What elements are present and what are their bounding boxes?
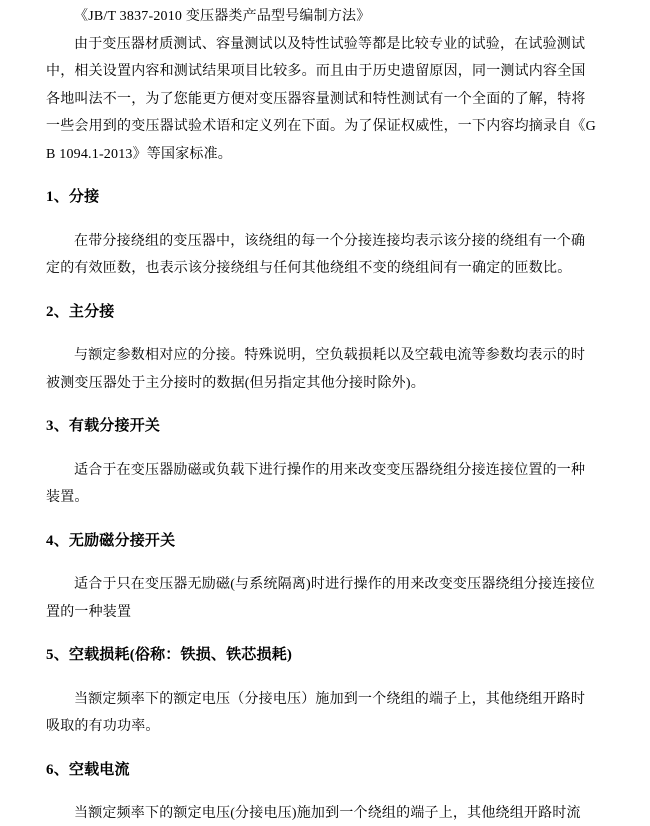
section-heading: 3、有载分接开关	[46, 413, 598, 441]
section-4: 4、无励磁分接开关 适合于只在变压器无励磁(与系统隔离)时进行操作的用来改变变压…	[46, 528, 598, 627]
section-body: 适合于只在变压器无励磁(与系统隔离)时进行操作的用来改变变压器绕组分接连接位置的…	[46, 571, 598, 626]
section-body: 适合于在变压器励磁或负载下进行操作的用来改变变压器绕组分接连接位置的一种装置。	[46, 457, 598, 512]
section-5: 5、空载损耗(俗称：铁损、铁芯损耗) 当额定频率下的额定电压（分接电压）施加到一…	[46, 642, 598, 741]
section-body: 当额定频率下的额定电压(分接电压)施加到一个绕组的端子上，其他绕组开路时流	[46, 800, 598, 826]
section-heading: 5、空载损耗(俗称：铁损、铁芯损耗)	[46, 642, 598, 670]
section-1: 1、分接 在带分接绕组的变压器中，该绕组的每一个分接连接均表示该分接的绕组有一个…	[46, 184, 598, 283]
section-heading: 2、主分接	[46, 299, 598, 327]
intro-paragraph: 由于变压器材质测试、容量测试以及特性试验等都是比较专业的试验，在试验测试中，相关…	[46, 31, 598, 169]
section-body: 与额定参数相对应的分接。特殊说明，空负载损耗以及空载电流等参数均表示的时被测变压…	[46, 342, 598, 397]
section-heading: 4、无励磁分接开关	[46, 528, 598, 556]
section-3: 3、有载分接开关 适合于在变压器励磁或负载下进行操作的用来改变变压器绕组分接连接…	[46, 413, 598, 512]
section-heading: 1、分接	[46, 184, 598, 212]
document-page: 《JB/T 3837-2010 变压器类产品型号编制方法》 由于变压器材质测试、…	[0, 0, 650, 826]
section-6: 6、空载电流 当额定频率下的额定电压(分接电压)施加到一个绕组的端子上，其他绕组…	[46, 757, 598, 826]
section-2: 2、主分接 与额定参数相对应的分接。特殊说明，空负载损耗以及空载电流等参数均表示…	[46, 299, 598, 398]
document-title: 《JB/T 3837-2010 变压器类产品型号编制方法》	[46, 3, 598, 31]
section-heading: 6、空载电流	[46, 757, 598, 785]
section-body: 在带分接绕组的变压器中，该绕组的每一个分接连接均表示该分接的绕组有一个确定的有效…	[46, 228, 598, 283]
section-body: 当额定频率下的额定电压（分接电压）施加到一个绕组的端子上，其他绕组开路时吸取的有…	[46, 686, 598, 741]
